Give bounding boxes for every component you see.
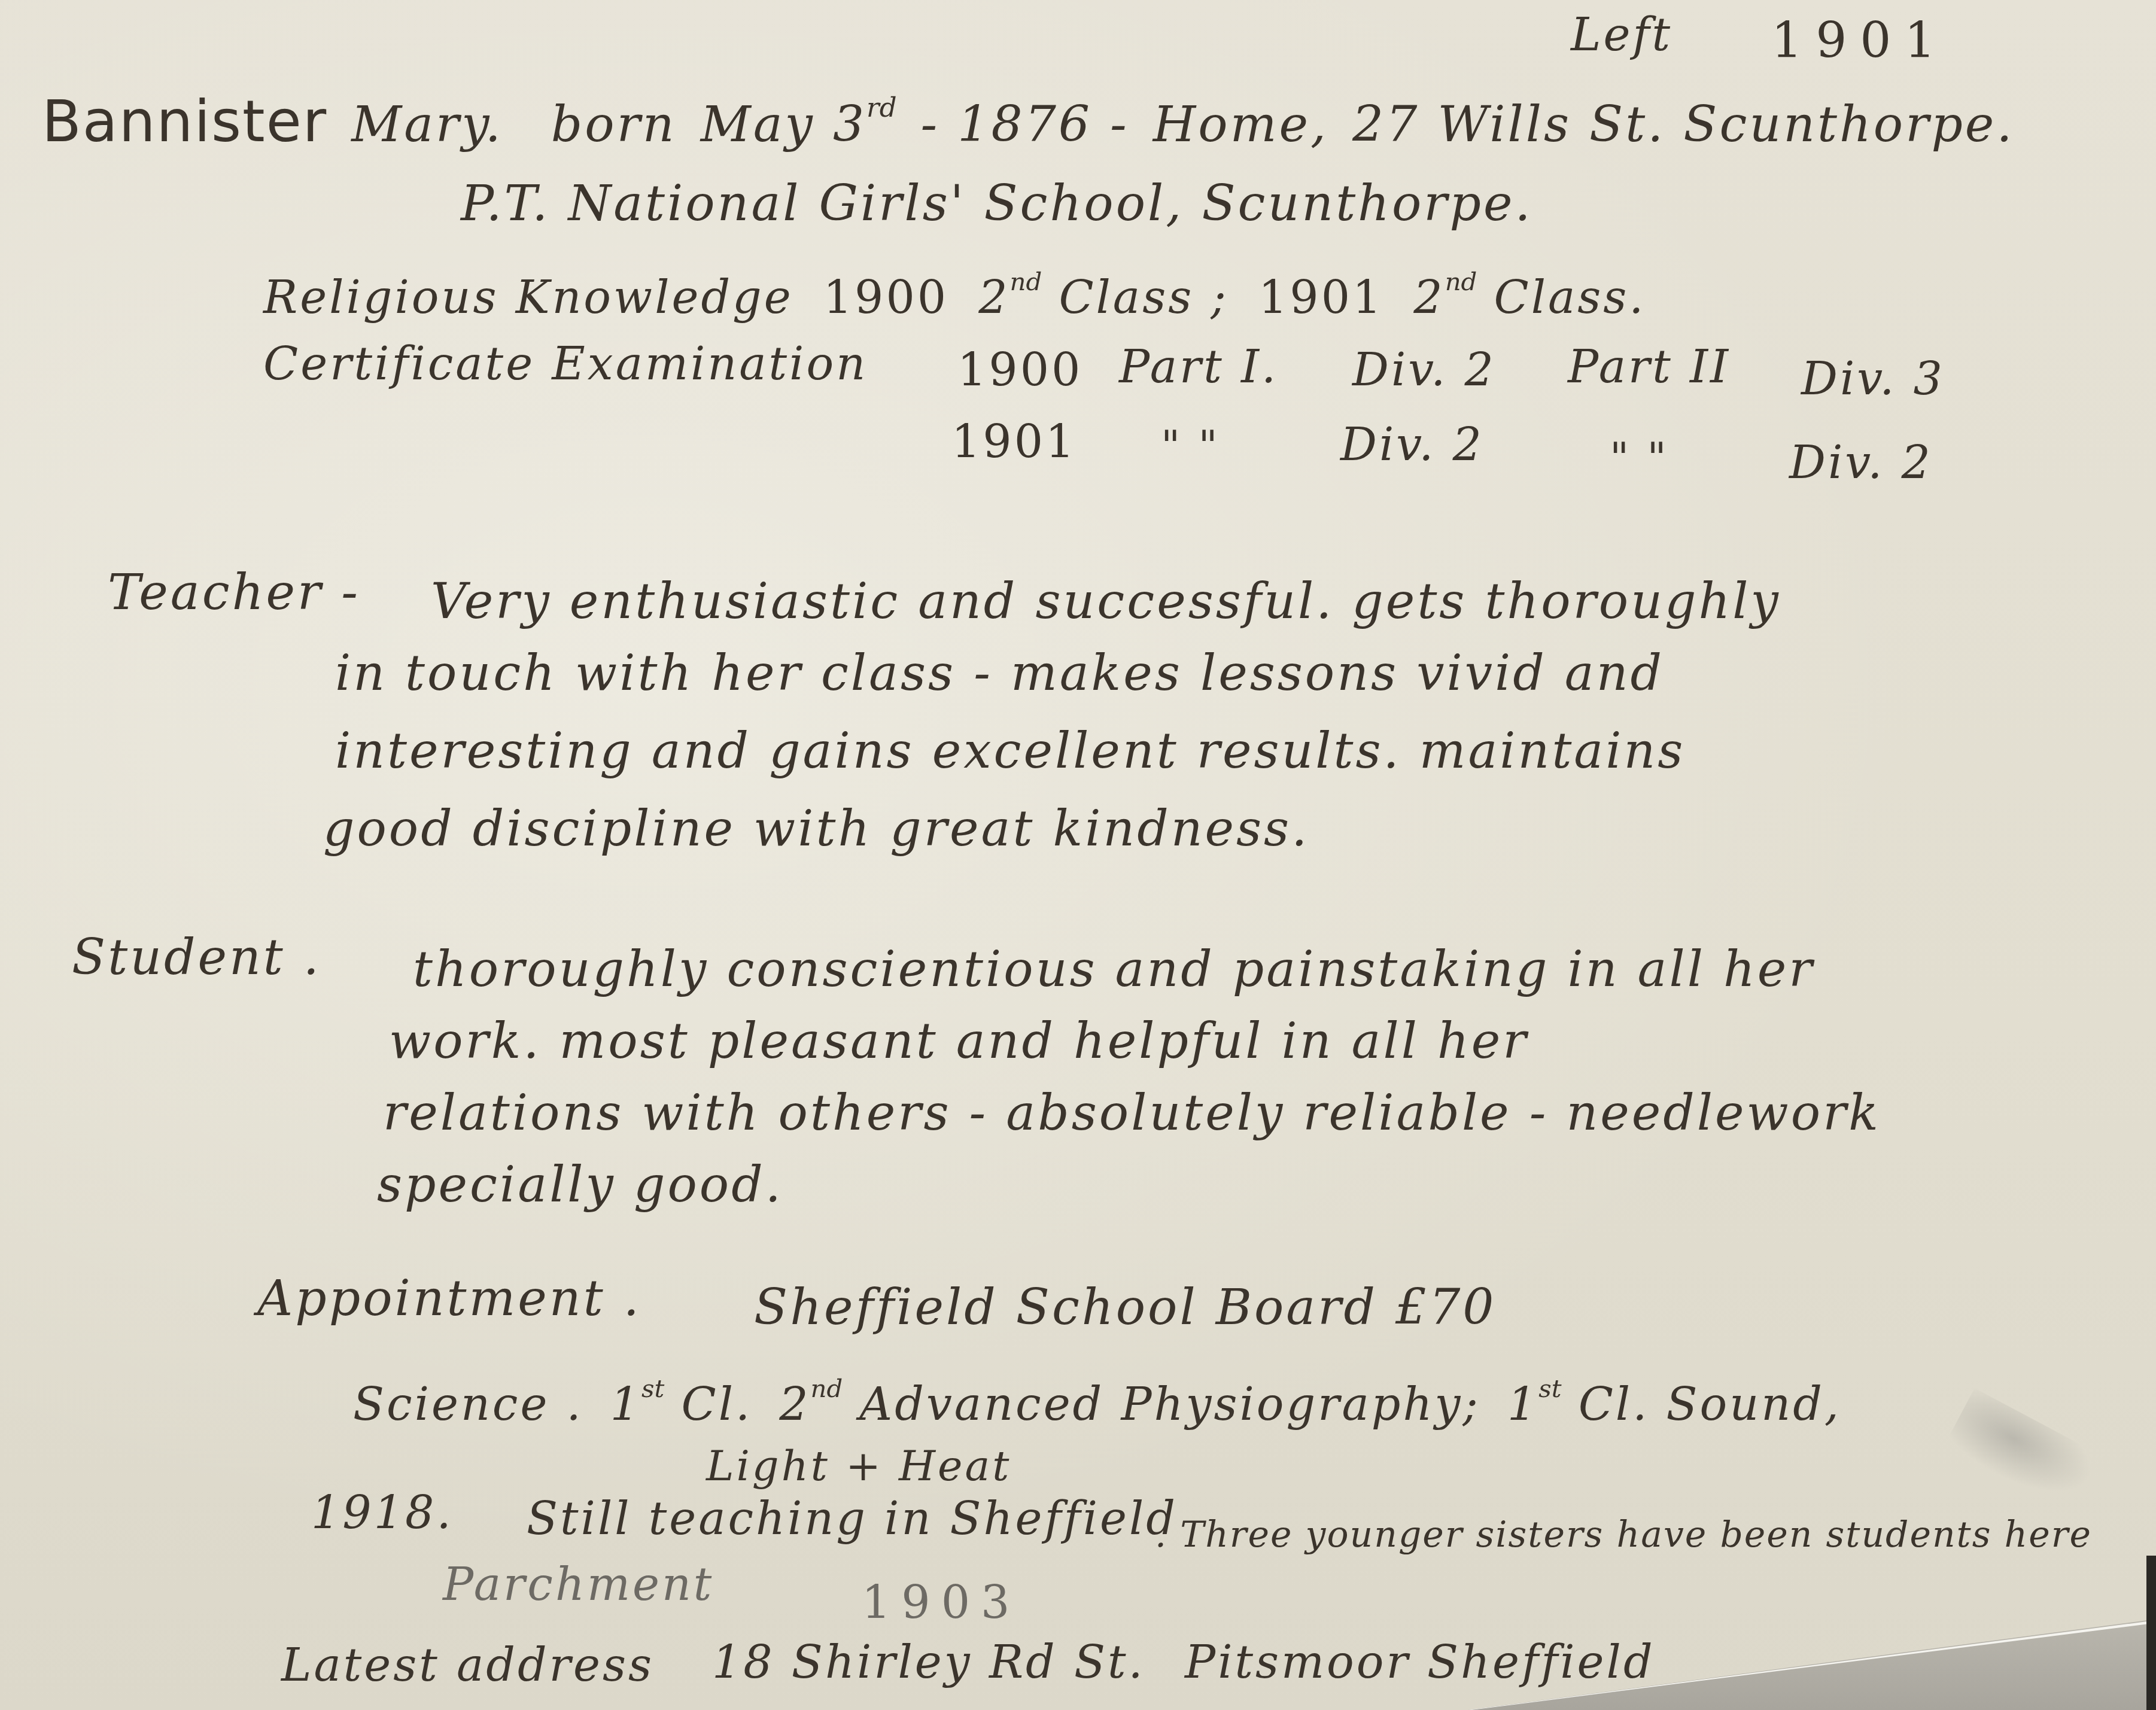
left-year: 1901 [1771,17,1949,66]
science-first: 1st Cl. [610,1376,752,1427]
appointment-value: Sheffield School Board £70 [754,1283,1496,1332]
note-1918-text: Still teaching in Sheffield [527,1496,1178,1541]
science-label: Science . [353,1382,583,1427]
student-line-1: thoroughly conscientious and painstaking… [413,945,1815,994]
religious-ord-1900: nd [1010,267,1042,296]
religious-num-1901: 2 [1413,270,1445,324]
science-second-num: 2 [779,1377,810,1431]
born-ordinal: rd [866,92,896,123]
cert-1901-div2: Div. 2 [1789,440,1933,485]
religious-knowledge-label: Religious Knowledge [263,275,793,320]
cert-1900-div2: Div. 3 [1801,356,1945,401]
cert-year-1900: 1900 [957,347,1082,392]
cert-1900-part1: Part I. [1119,344,1278,390]
student-line-3: relations with others - absolutely relia… [383,1089,1881,1138]
science-insert-light-heat: Light + Heat [706,1445,1011,1487]
religious-class-1900: Class ; [1059,270,1228,324]
science-row: Science . 1st Cl. 2nd Advanced Physiogra… [353,1376,1841,1427]
science-second-ord: nd [810,1374,843,1403]
science-second-text: Advanced Physiography; [859,1377,1480,1431]
cert-1901-part2-ditto: " " [1610,437,1669,479]
surname: Bannister [42,93,327,150]
teacher-label: Teacher - [108,568,360,617]
latest-address-street: 18 Shirley Rd St. [712,1639,1145,1685]
note-1918-sisters: . Three younger sisters have been studen… [1155,1517,2092,1553]
science-first-text: Cl. [682,1377,753,1431]
teacher-line-4: good discipline with great kindness. [323,805,1309,854]
teacher-line-2: in touch with her class - makes lessons … [335,649,1664,698]
religious-year-1901: 1901 [1258,275,1383,320]
parchment-label: Parchment [443,1562,714,1607]
religious-year-1900: 1900 [823,275,948,320]
left-label: Left [1571,12,1673,57]
cert-year-1901: 1901 [951,419,1077,464]
born-date: May 3rd [701,94,897,150]
religious-class-1901: Class. [1494,270,1646,324]
born-year: - 1876 - [921,101,1129,150]
home-address: 27 Wills St. Scunthorpe. [1352,101,2014,150]
appointment-label: Appointment . [257,1274,641,1323]
teacher-line-3: interesting and gains excellent results.… [335,727,1685,776]
parchment-year: 1903 [862,1580,1020,1625]
cert-1900-part2: Part II [1568,344,1731,390]
religious-knowledge-row: Religious Knowledge 1900 2nd Class ; 190… [263,269,1646,320]
science-first-ord: st [641,1374,664,1403]
science-first-num: 1 [610,1377,641,1431]
religious-result-1901: 2nd Class. [1413,269,1646,320]
background-strip [2146,1556,2156,1710]
identity-line: Bannister Mary. born May 3rd - 1876 - Ho… [42,93,2014,150]
cert-1900-div1: Div. 2 [1352,347,1496,392]
forename: Mary. [351,101,503,150]
cert-1901-part1-ditto: " " [1161,425,1220,467]
home-label: Home, [1153,101,1328,150]
cert-1901-div1: Div. 2 [1340,422,1484,467]
born-label: born [551,101,677,150]
science-third: 1st Cl. Sound, [1507,1376,1841,1427]
religious-num-1900: 2 [978,270,1009,324]
latest-address-locality: Pitsmoor Sheffield [1185,1639,1655,1685]
religious-result-1900: 2nd Class ; [978,269,1228,320]
science-third-ord: st [1538,1374,1561,1403]
born-month-day: May 3 [701,96,866,153]
pupil-teacher-school: P.T. National Girls' School, Scunthorpe. [461,179,1533,229]
certificate-exam-label: Certificate Examination [263,341,868,387]
science-third-text: Cl. Sound, [1579,1377,1841,1431]
student-label: Student . [72,933,321,982]
student-line-2: work. most pleasant and helpful in all h… [389,1017,1529,1066]
note-1918-year: 1918. [311,1490,454,1535]
student-line-4: specially good. [377,1161,783,1210]
religious-ord-1901: nd [1445,267,1477,296]
science-second: 2nd Advanced Physiography; [779,1376,1480,1427]
latest-address-label: Latest address [281,1642,654,1688]
science-third-num: 1 [1507,1377,1538,1431]
teacher-line-1: Very enthusiastic and successful. gets t… [431,577,1781,626]
